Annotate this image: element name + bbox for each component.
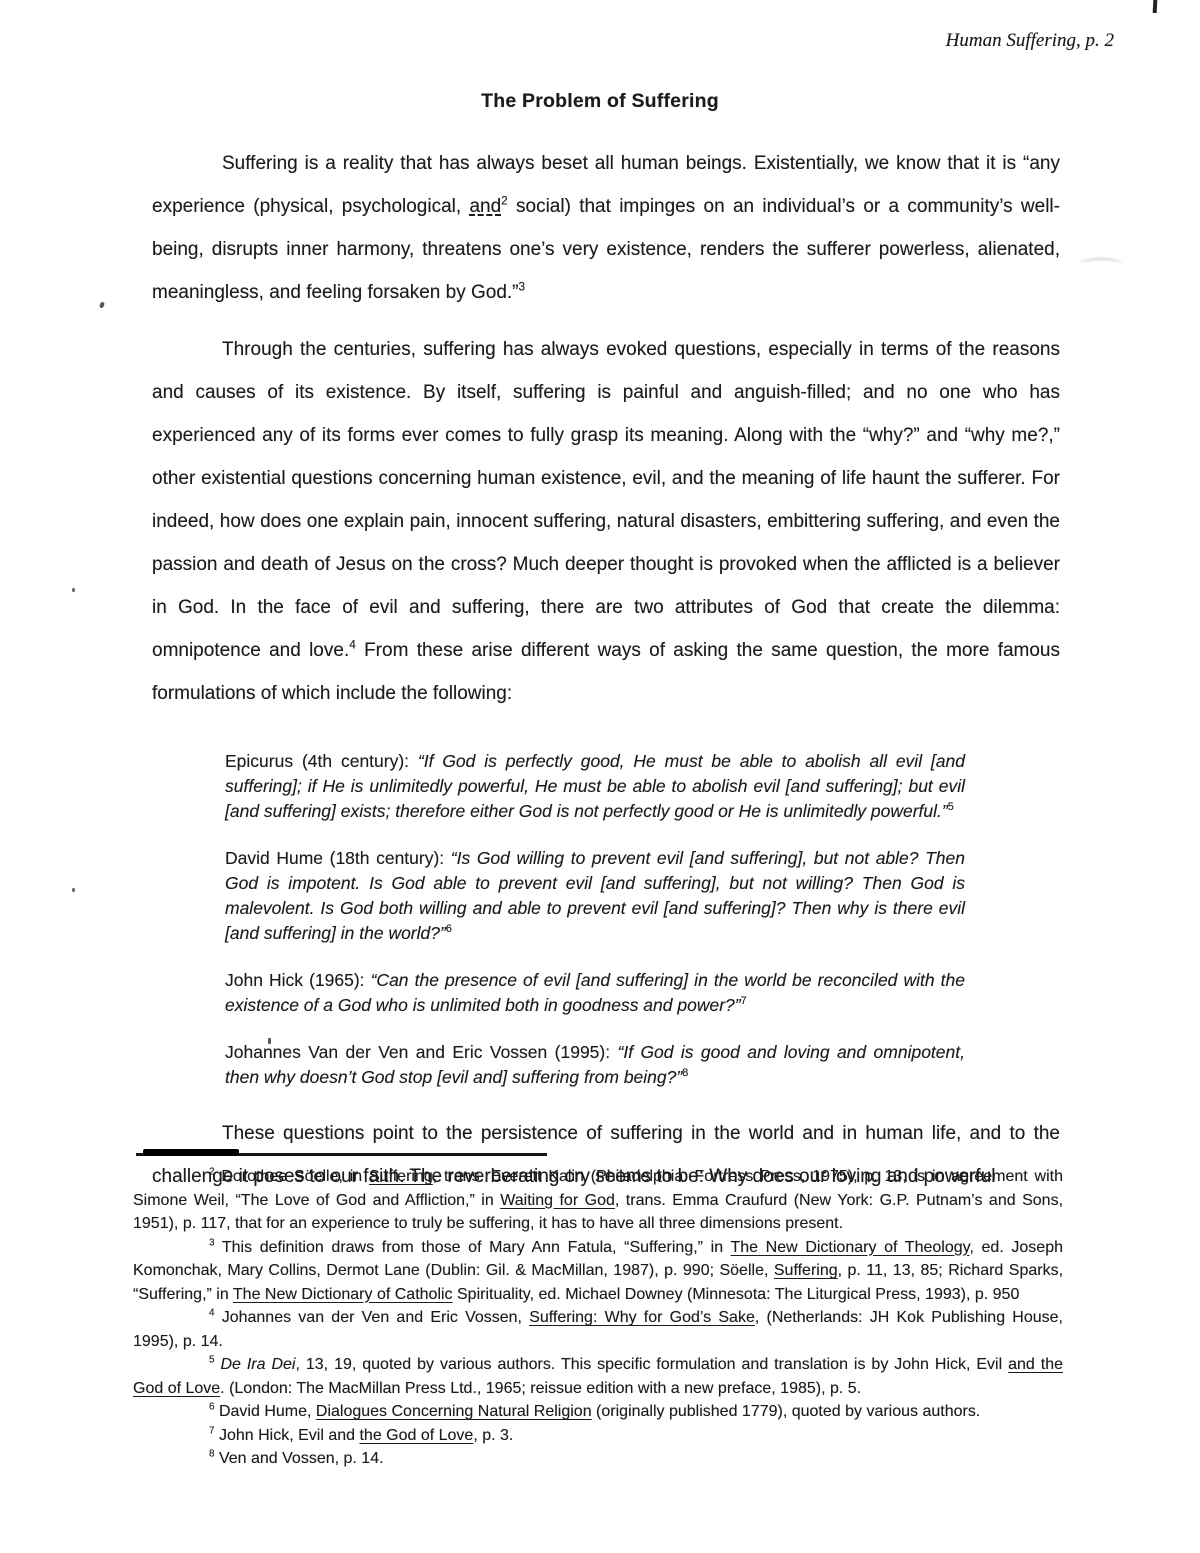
- footnote-item: 8 Ven and Vossen, p. 14.: [133, 1447, 1063, 1471]
- text-segment: This definition draws from those of Mary…: [215, 1239, 731, 1256]
- text-segment: John Hick (1965):: [225, 970, 371, 990]
- text-segment: Dialogues Concerning Natural Religion: [316, 1403, 592, 1420]
- page-title: The Problem of Suffering: [0, 90, 1200, 113]
- quote-block: David Hume (18th century): “Is God willi…: [225, 846, 965, 946]
- text-segment: (originally published 1779), quoted by v…: [592, 1403, 981, 1420]
- quote-block: Epicurus (4th century): “If God is perfe…: [225, 749, 965, 824]
- scan-speck: [72, 588, 75, 592]
- footnote-item: 6 David Hume, Dialogues Concerning Natur…: [133, 1400, 1063, 1424]
- footnote-separator-mark: [143, 1149, 239, 1156]
- footnote-reference: 7: [741, 995, 747, 1007]
- text-segment: Spirituality, ed. Michael Downey (Minnes…: [453, 1286, 1020, 1303]
- footnote-item: 4 Johannes van der Ven and Eric Vossen, …: [133, 1306, 1063, 1353]
- scan-speck: [72, 888, 75, 892]
- footnote-reference: 5: [948, 801, 954, 813]
- text-segment: the God of Love: [359, 1427, 473, 1444]
- scan-speck: [99, 301, 105, 308]
- document-page: Human Suffering, p. 2 The Problem of Suf…: [0, 0, 1200, 1553]
- text-segment: , p. 3.: [473, 1427, 513, 1444]
- text-segment: Suffering: [369, 1168, 433, 1185]
- quote-block: John Hick (1965): “Can the presence of e…: [225, 968, 965, 1018]
- text-segment: Waiting for God: [500, 1192, 615, 1209]
- scan-smudge: [1080, 258, 1122, 270]
- footnotes-section: 2 Dorothee Söelle, in Suffering, trans. …: [133, 1165, 1063, 1471]
- footnote-reference: 5: [209, 1355, 215, 1366]
- scan-speck: [268, 1038, 271, 1044]
- text-segment: David Hume (18th century):: [225, 848, 451, 868]
- text-segment: Johannes Van der Ven and Eric Vossen (19…: [225, 1042, 618, 1062]
- footnote-reference: 8: [682, 1067, 688, 1079]
- text-segment: Epicurus (4th century):: [225, 751, 418, 771]
- paragraph: Through the centuries, suffering has alw…: [152, 328, 1060, 715]
- text-segment: John Hick, Evil and: [215, 1427, 360, 1444]
- footnote-item: 2 Dorothee Söelle, in Suffering, trans. …: [133, 1165, 1063, 1236]
- text-segment: Johannes van der Ven and Eric Vossen,: [215, 1309, 530, 1326]
- document-body: Suffering is a reality that has always b…: [152, 142, 1060, 1212]
- paragraph: Suffering is a reality that has always b…: [152, 142, 1060, 314]
- text-segment: . (London: The MacMillan Press Ltd., 196…: [220, 1380, 861, 1397]
- text-segment: The New Dictionary of Catholic: [233, 1286, 453, 1303]
- quote-block: Johannes Van der Ven and Eric Vossen (19…: [225, 1040, 965, 1090]
- text-segment: Dorothee Söelle, in: [215, 1168, 369, 1185]
- text-segment: Suffering: Why for God’s Sake: [529, 1309, 755, 1326]
- footnote-reference: 3: [519, 281, 526, 294]
- text-segment: and: [469, 196, 501, 217]
- text-segment: De Ira Dei: [220, 1356, 295, 1373]
- scan-artifact-corner-tick: [1153, 0, 1158, 13]
- footnote-item: 7 John Hick, Evil and the God of Love, p…: [133, 1424, 1063, 1448]
- footnote-reference: 6: [446, 923, 452, 935]
- footnote-item: 5 De Ira Dei, 13, 19, quoted by various …: [133, 1353, 1063, 1400]
- text-segment: The New Dictionary of Theology: [730, 1239, 969, 1256]
- text-segment: Suffering: [774, 1262, 838, 1279]
- text-segment: David Hume,: [215, 1403, 316, 1420]
- page-header: Human Suffering, p. 2: [946, 30, 1114, 52]
- text-segment: , 13, 19, quoted by various authors. Thi…: [296, 1356, 1009, 1373]
- text-segment: Through the centuries, suffering has alw…: [152, 339, 1060, 661]
- text-segment: Ven and Vossen, p. 14.: [215, 1450, 384, 1467]
- footnote-item: 3 This definition draws from those of Ma…: [133, 1236, 1063, 1307]
